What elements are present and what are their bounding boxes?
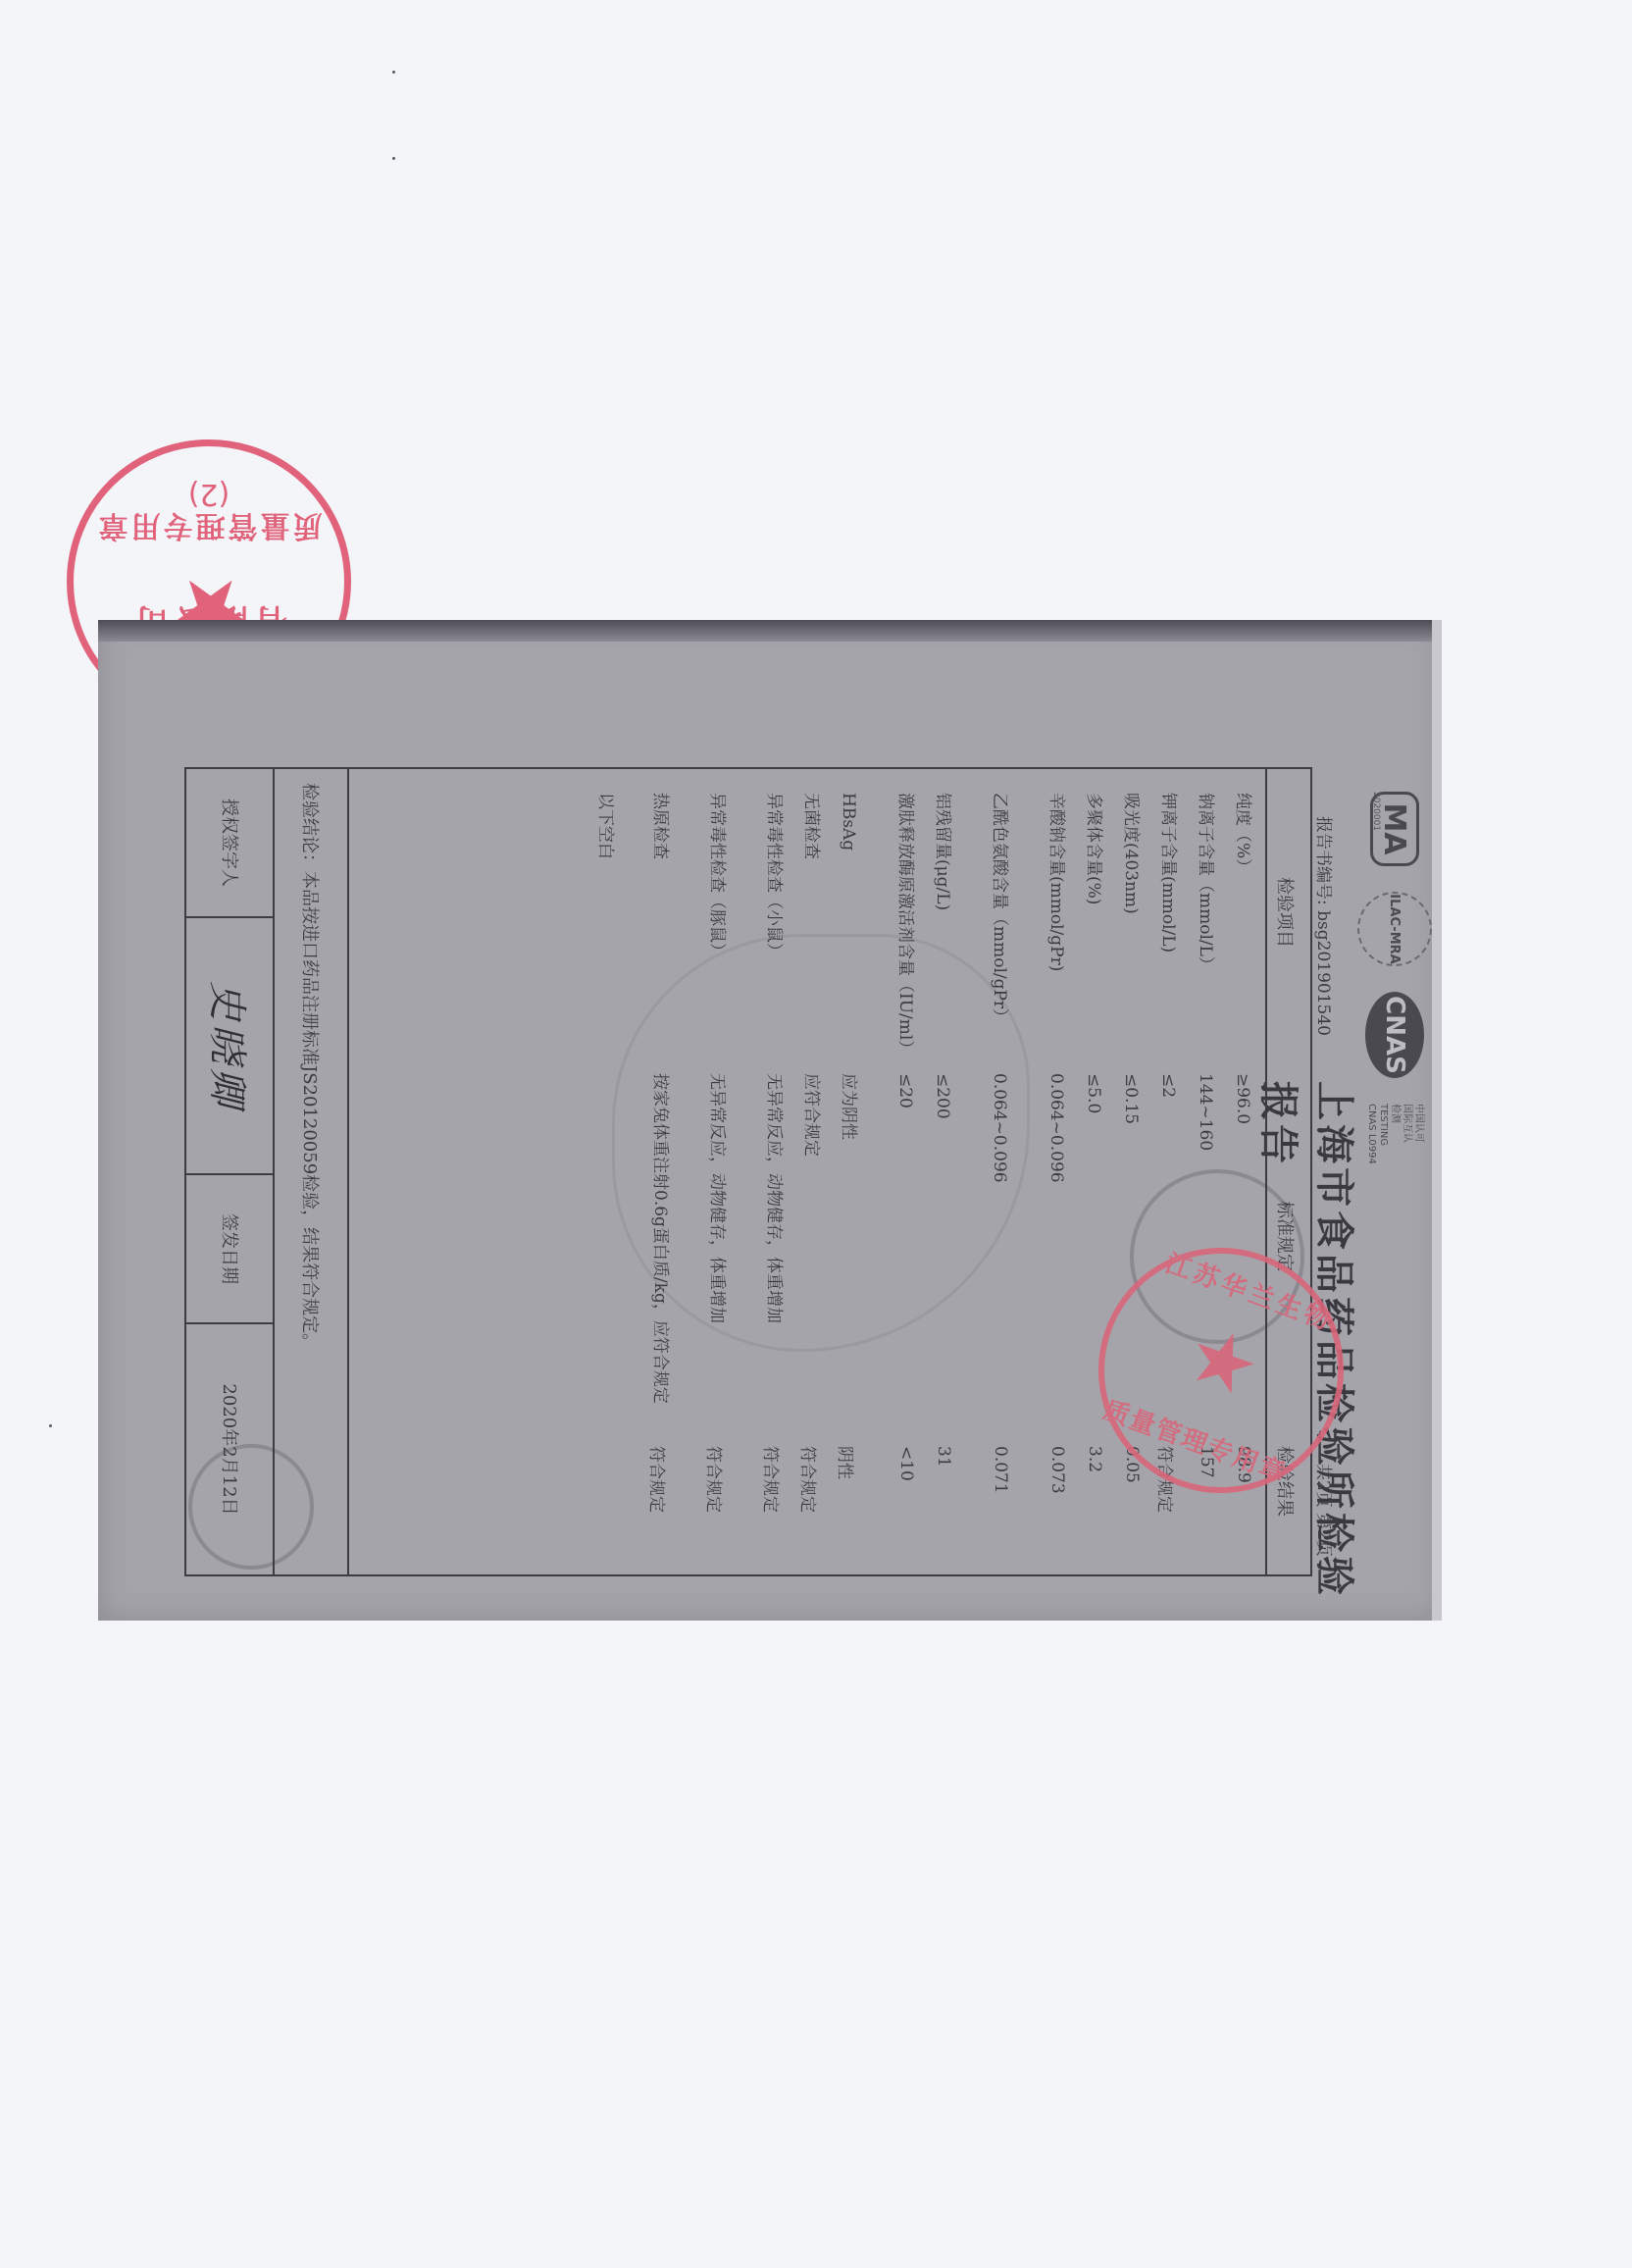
cell-result: 0.073 [1047,1446,1067,1494]
cell-item: 钾离子含量(mmol/L) [1157,793,1179,1087]
cma-number: 2020001 [1371,792,1381,831]
cell-result: 31 [934,1446,953,1468]
cell-item: 辛酸钠含量(mmol/gPr) [1045,793,1067,1087]
cell-standard: 应符合规定 [800,1073,822,1426]
star-icon: ★ [1177,1313,1270,1411]
page-info: 共2页 第2页 [1313,1464,1338,1557]
cnas-sub-line: 国际互认 [1401,1104,1412,1164]
report-number: 报告书编号: bsg201901540 [1313,816,1338,1036]
cell-standard: ≤20 [894,1073,916,1426]
cell-item: 无菌检查 [800,793,822,1087]
cell-result: 符合规定 [703,1446,728,1513]
issue-date: 2020年2月12日 [186,1324,275,1574]
issue-date-label: 签发日期 [186,1175,275,1324]
cnas-logo-icon: CNAS [1365,992,1424,1078]
report-number-value: bsg201901540 [1313,910,1333,1036]
table-row: 无菌检查应符合规定符合规定 [790,769,828,1574]
signatory-label: 授权签字人 [186,769,275,918]
cell-item: 吸光度(403nm) [1120,793,1142,1087]
table-row: 辛酸钠含量(mmol/gPr)0.064~0.0960.073 [1016,769,1073,1574]
table-row: 热原检查按家兔体重注射0.6g蛋白质/kg，应符合规定符合规定 [620,769,677,1574]
cell-standard: 无异常反应，动物健存，体重增加 [706,1073,728,1426]
cnas-sub-line: TESTING [1377,1104,1389,1164]
table-row: 异常毒性检查（小鼠）无异常反应，动物健存，体重增加符合规定 [734,769,790,1574]
cnas-sub-line: CNAS L0994 [1365,1104,1377,1164]
cell-standard: 按家兔体重注射0.6g蛋白质/kg，应符合规定 [649,1073,671,1426]
scan-speck [392,157,395,160]
cell-standard: 应为阴性 [838,1073,859,1426]
cell-result: 符合规定 [760,1446,785,1513]
cell-result: 0.071 [991,1446,1010,1494]
cell-item: 纯度（%） [1232,793,1253,1087]
cell-item: HBsAg [838,793,859,1087]
cell-standard: ≤200 [932,1073,953,1426]
report-number-label: 报告书编号: [1313,816,1333,905]
table-row: 铝残留量(μg/L)≤20031 [922,769,959,1574]
ilac-logo-icon: ILAC-MRA [1357,892,1432,966]
conclusion-text: 检验结论：本品按进口药品注册标准JS20120059检验，结果符合规定。 [298,783,324,1351]
table-row: 多聚体含量(%)≤5.03.2 [1073,769,1110,1574]
header-item: 检验项目 [1273,877,1299,948]
table-row: 激肽释放酶原激活剂含量（IU/ml）≤20<10 [865,769,922,1574]
table-row: 乙酰色氨酸含量（mmol/gPr）0.064~0.0960.071 [959,769,1016,1574]
cell-standard: 无异常反应，动物健存，体重增加 [763,1073,785,1426]
cnas-sub-line: 中国认可 [1412,1104,1424,1164]
blank-below-note: 以下空白 [595,793,620,859]
cell-item: 铝残留量(μg/L) [932,793,953,1087]
stamp-center-text: 质量管理专用章 [74,507,344,550]
cell-item: 乙酰色氨酸含量（mmol/gPr） [989,793,1010,1087]
signature: 史晓卿 [186,918,275,1175]
cell-result: <10 [896,1446,916,1481]
stamp-number: (2) [74,477,344,511]
table-row: 异常毒性检查（豚鼠）无异常反应，动物健存，体重增加符合规定 [677,769,734,1574]
signature-block: 授权签字人 史晓卿 签发日期 2020年2月12日 [184,767,275,1576]
scan-speck [392,71,395,74]
cell-item: 多聚体含量(%) [1083,793,1104,1087]
scanned-report: MA ILAC-MRA CNAS 中国认可 国际互认 检测 TESTING CN… [98,620,1442,1621]
signature-text: 史晓卿 [203,981,259,1110]
cell-item: 激肽释放酶原激活剂含量（IU/ml） [894,793,916,1087]
cell-result: 3.2 [1085,1446,1104,1472]
accreditation-logos: MA ILAC-MRA CNAS 中国认可 国际互认 检测 TESTING CN… [1357,792,1432,1164]
cell-item: 异常毒性检查（小鼠） [763,793,785,1087]
cnas-subtext: 中国认可 国际互认 检测 TESTING CNAS L0994 [1365,1104,1424,1164]
report-document: MA ILAC-MRA CNAS 中国认可 国际互认 检测 TESTING CN… [98,620,1442,1621]
conclusion: 检验结论：本品按进口药品注册标准JS20120059检验，结果符合规定。 [275,769,349,1574]
cell-result: 符合规定 [797,1446,822,1513]
cell-item: 钠离子含量（mmol/L） [1195,793,1216,1087]
cnas-sub-line: 检测 [1389,1104,1401,1164]
table-row: HBsAg应为阴性阴性 [828,769,865,1574]
cell-result: 阴性 [835,1446,859,1479]
scan-speck [49,1424,52,1427]
cell-result: 符合规定 [646,1446,671,1513]
cell-item: 异常毒性检查（豚鼠） [706,793,728,1087]
cell-item: 热原检查 [649,793,671,1087]
cell-standard: 0.064~0.096 [989,1073,1010,1426]
cell-standard: 0.064~0.096 [1045,1073,1067,1426]
